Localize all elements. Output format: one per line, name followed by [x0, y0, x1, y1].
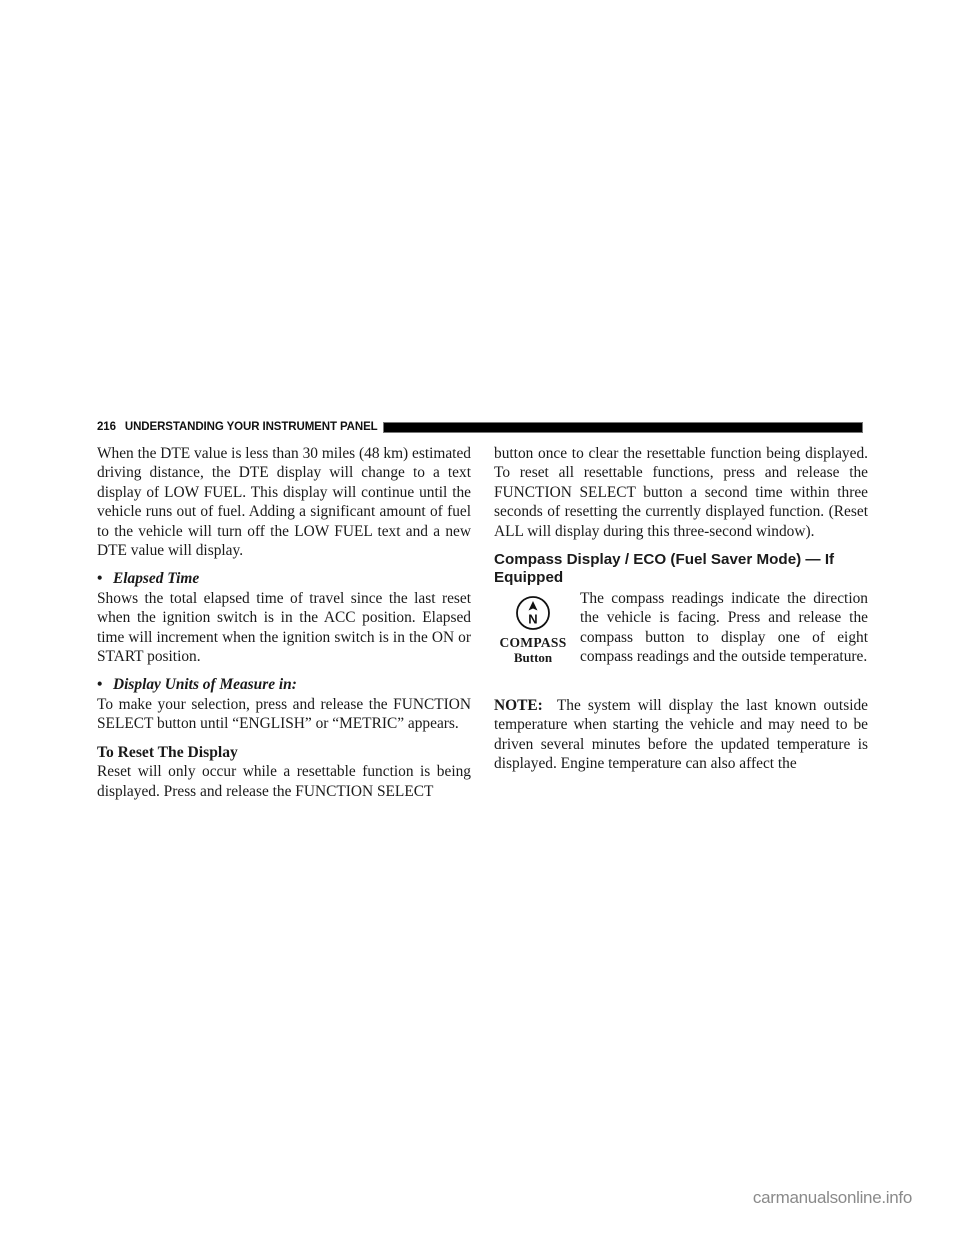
- svg-text:N: N: [528, 612, 537, 627]
- compass-caption-button: Button: [494, 650, 572, 665]
- compass-paragraph: The compass readings indicate the direct…: [580, 589, 868, 667]
- bullet-label: Display Units of Measure in:: [113, 676, 297, 693]
- note-paragraph: NOTE: The system will display the last k…: [494, 696, 868, 774]
- bullet-display-units: •Display Units of Measure in:: [97, 675, 471, 694]
- reset-continued-paragraph: button once to clear the resettable func…: [494, 444, 868, 541]
- bullet-icon: •: [97, 569, 113, 588]
- bullet-elapsed-time: •Elapsed Time: [97, 569, 471, 588]
- bullet-label: Elapsed Time: [113, 570, 199, 587]
- note-text: The system will display the last known o…: [494, 697, 868, 772]
- note-label: NOTE:: [494, 697, 543, 714]
- watermark: carmanualsonline.info: [753, 1188, 912, 1208]
- page-number: 216: [97, 421, 116, 433]
- elapsed-time-paragraph: Shows the total elapsed time of travel s…: [97, 589, 471, 667]
- header-rule: [383, 422, 863, 433]
- bullet-icon: •: [97, 675, 113, 694]
- left-column: When the DTE value is less than 30 miles…: [97, 444, 471, 801]
- page-header: 216 UNDERSTANDING YOUR INSTRUMENT PANEL: [97, 420, 863, 434]
- compass-caption: COMPASS: [494, 635, 572, 650]
- compass-block: N COMPASS Button The compass readings in…: [494, 589, 868, 687]
- reset-paragraph: Reset will only occur while a resettable…: [97, 762, 471, 801]
- compass-section-heading: Compass Display / ECO (Fuel Saver Mode) …: [494, 551, 868, 587]
- compass-figure: N COMPASS Button: [494, 589, 572, 665]
- chapter-title: UNDERSTANDING YOUR INSTRUMENT PANEL: [125, 421, 378, 433]
- compass-north-icon: N: [515, 595, 551, 631]
- right-column: button once to clear the resettable func…: [494, 444, 868, 774]
- reset-display-subheading: To Reset The Display: [97, 743, 471, 762]
- dte-paragraph: When the DTE value is less than 30 miles…: [97, 444, 471, 560]
- display-units-paragraph: To make your selection, press and releas…: [97, 695, 471, 734]
